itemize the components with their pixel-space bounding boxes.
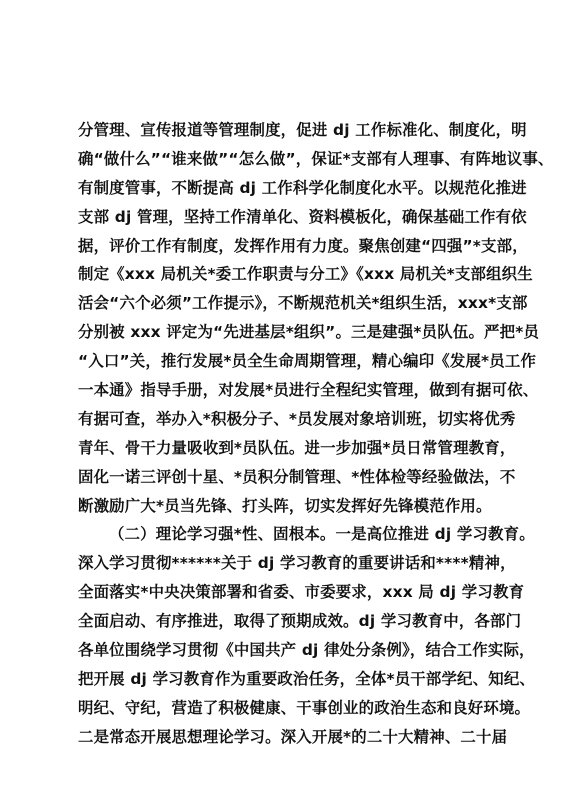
section-heading-line: （二）理论学习强*性、固根本。一是高位推进 dj 学习教育。 bbox=[78, 520, 494, 549]
text-line: 分管理、宣传报道等管理制度，促进 dj 工作标准化、制度化，明 bbox=[78, 116, 494, 145]
text-line: 全面启动、有序推进，取得了预期成效。dj 学习教育中，各部门 bbox=[78, 607, 494, 636]
text-line: 青年、骨干力量吸收到*员队伍。进一步加强*员日常管理教育， bbox=[78, 434, 494, 463]
text-line: 把开展 dj 学习教育作为重要政治任务，全体*员干部学纪、知纪、 bbox=[78, 665, 494, 694]
text-line: 一本通》指导手册，对发展*员进行全程纪实管理，做到有据可依、 bbox=[78, 376, 494, 405]
text-line: 二是常态开展思想理论学习。深入开展*的二十大精神、二十届 bbox=[78, 723, 494, 752]
text-line: “入口”关，推行发展*员全生命周期管理，精心编印《发展*员工作 bbox=[78, 347, 494, 376]
document-page: 分管理、宣传报道等管理制度，促进 dj 工作标准化、制度化，明 确“做什么”“谁… bbox=[78, 116, 494, 752]
text-line: 有据可查，举办入*积极分子、*员发展对象培训班，切实将优秀 bbox=[78, 405, 494, 434]
text-line: 支部 dj 管理，坚持工作清单化、资料模板化，确保基础工作有依 bbox=[78, 203, 494, 232]
text-line: 明纪、守纪，营造了积极健康、干事创业的政治生态和良好环境。 bbox=[78, 694, 494, 723]
text-line: 活会“六个必须”工作提示》，不断规范机关*组织生活，xxx*支部 bbox=[78, 289, 494, 318]
text-line: 确“做什么”“谁来做”“怎么做”，保证*支部有人理事、有阵地议事、 bbox=[78, 145, 494, 174]
text-line: 固化一诺三评创十星、*员积分制管理、*性体检等经验做法，不 bbox=[78, 463, 494, 492]
text-line: 各单位围绕学习贯彻《中国共产 dj 律处分条例》，结合工作实际， bbox=[78, 636, 494, 665]
text-line: 断激励广大*员当先锋、打头阵，切实发挥好先锋模范作用。 bbox=[78, 492, 494, 521]
text-line: 全面落实*中央决策部署和省委、市委要求，xxx 局 dj 学习教育 bbox=[78, 578, 494, 607]
text-line: 深入学习贯彻******关于 dj 学习教育的重要讲话和****精神， bbox=[78, 549, 494, 578]
text-line: 据，评价工作有制度，发挥作用有力度。聚焦创建“四强”*支部， bbox=[78, 232, 494, 261]
text-line: 分别被 xxx 评定为“先进基层*组织”。三是建强*员队伍。严把*员 bbox=[78, 318, 494, 347]
text-line: 有制度管事，不断提高 dj 工作科学化制度化水平。以规范化推进 bbox=[78, 174, 494, 203]
text-line: 制定《xxx 局机关*委工作职责与分工》《xxx 局机关*支部组织生 bbox=[78, 260, 494, 289]
